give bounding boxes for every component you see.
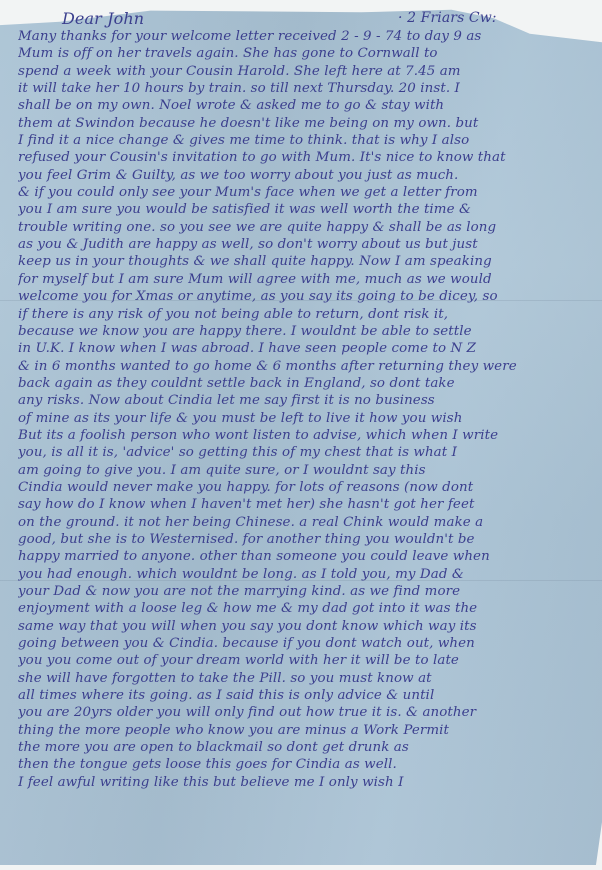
letter-line: trouble writing one. so you see we are q… (18, 219, 593, 236)
letter-line: you you come out of your dream world wit… (18, 652, 593, 669)
letter-line: you are 20yrs older you will only find o… (18, 704, 593, 721)
letter-line: enjoyment with a loose leg & how me & my… (18, 600, 593, 617)
letter-line: But its a foolish person who wont listen… (18, 427, 593, 444)
letter-line: as you & Judith are happy as well, so do… (18, 236, 593, 253)
letter-line: of mine as its your life & you must be l… (18, 410, 593, 427)
letter-line: happy married to anyone. other than some… (18, 548, 593, 565)
letter-line: your Dad & now you are not the marrying … (18, 583, 593, 600)
letter-line: in U.K. I know when I was abroad. I have… (18, 340, 593, 357)
letter-line: you had enough. which wouldnt be long. a… (18, 566, 593, 583)
letter-line: any risks. Now about Cindia let me say f… (18, 392, 593, 409)
letter-line: keep us in your thoughts & we shall quit… (18, 253, 593, 270)
letter-line: all times where its going. as I said thi… (18, 687, 593, 704)
letter-line: going between you & Cindia. because if y… (18, 635, 593, 652)
letter-line: & if you could only see your Mum's face … (18, 184, 593, 201)
letter-line: on the ground. it not her being Chinese.… (18, 514, 593, 531)
letter-line: & in 6 months wanted to go home & 6 mont… (18, 358, 593, 375)
letter-line: you feel Grim & Guilty, as we too worry … (18, 167, 593, 184)
letter-line: you, is all it is, 'advice' so getting t… (18, 444, 593, 461)
letter-line: Many thanks for your welcome letter rece… (18, 28, 593, 45)
letter-line: I feel awful writing like this but belie… (18, 774, 593, 791)
letter-line: good, but she is to Westernised. for ano… (18, 531, 593, 548)
letter-line: spend a week with your Cousin Harold. Sh… (18, 63, 593, 80)
letter-header: Dear John · 2 Friars Cw: (18, 10, 593, 28)
handwritten-letter: Dear John · 2 Friars Cw: Many thanks for… (18, 10, 593, 791)
letter-line: thing the more people who know you are m… (18, 722, 593, 739)
letter-line: same way that you will when you say you … (18, 618, 593, 635)
letter-line: welcome you for Xmas or anytime, as you … (18, 288, 593, 305)
letter-line: the more you are open to blackmail so do… (18, 739, 593, 756)
letter-line: am going to give you. I am quite sure, o… (18, 462, 593, 479)
letter-line: she will have forgotten to take the Pill… (18, 670, 593, 687)
letter-line: them at Swindon because he doesn't like … (18, 115, 593, 132)
letter-line: it will take her 10 hours by train. so t… (18, 80, 593, 97)
letter-line: back again as they couldnt settle back i… (18, 375, 593, 392)
letter-line: Mum is off on her travels again. She has… (18, 45, 593, 62)
letter-line: for myself but I am sure Mum will agree … (18, 271, 593, 288)
letter-line: if there is any risk of you not being ab… (18, 306, 593, 323)
letter-line: because we know you are happy there. I w… (18, 323, 593, 340)
sender-address: · 2 Friars Cw: (398, 10, 497, 27)
letter-line: I find it a nice change & gives me time … (18, 132, 593, 149)
letter-line: then the tongue gets loose this goes for… (18, 756, 593, 773)
letter-line: say how do I know when I haven't met her… (18, 496, 593, 513)
letter-line: you I am sure you would be satisfied it … (18, 201, 593, 218)
letter-line: shall be on my own. Noel wrote & asked m… (18, 97, 593, 114)
letter-body: Many thanks for your welcome letter rece… (18, 28, 593, 791)
letter-line: Cindia would never make you happy. for l… (18, 479, 593, 496)
letter-line: refused your Cousin's invitation to go w… (18, 149, 593, 166)
salutation: Dear John (62, 10, 144, 27)
